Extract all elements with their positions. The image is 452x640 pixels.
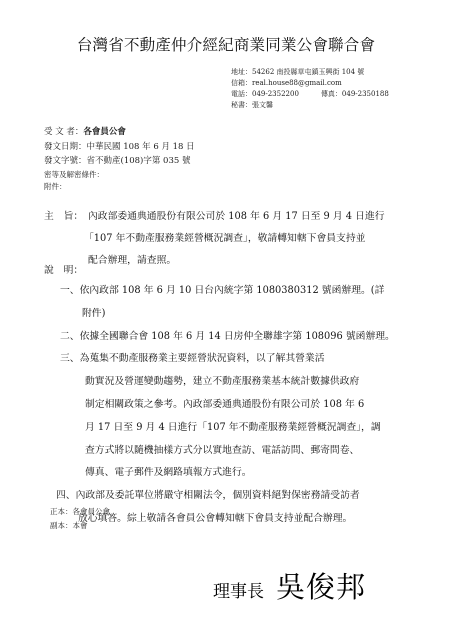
item-line: 一、依內政部 108 年 6 月 10 日台內統字第 1080380312 號函… <box>60 280 440 303</box>
contact-phone: 電話：049-2352200 <box>231 90 299 98</box>
item-line: 查方式將以隨機抽樣方式分以實地查訪、電話訪問、郵寄問卷、 <box>60 440 440 463</box>
recipient-value: 各會員公會 <box>83 127 126 137</box>
signature-block: 理事長吳俊邦 <box>213 565 366 606</box>
contact-phone-fax: 電話：049-2352200傳真：049-2350188 <box>231 89 389 100</box>
subject-line: 「107 年不動產服務業經營概況調查」，敬請轉知轄下會員支持並 <box>84 228 448 250</box>
attachment: 附件： <box>44 181 195 193</box>
explanation-item-1: 一、依內政部 108 年 6 月 10 日台內統字第 1080380312 號函… <box>60 280 440 326</box>
item-line: 制定相關政策之參考。內政部委通典通股份有限公司於 108 年 6 <box>60 394 440 417</box>
item-line: 月 17 日至 9 月 4 日進行「107 年不動產服務業經營概況調查」，調 <box>60 417 440 440</box>
contact-fax: 傳真：049-2350188 <box>321 90 389 98</box>
copy-recipient: 副本：本會 <box>50 519 110 533</box>
classification: 密等及解密條件： <box>44 169 195 181</box>
explanation-item-2: 二、依據全國聯合會 108 年 6 月 14 日房仲全聯雄字第 108096 號… <box>60 326 440 349</box>
subject-label: 主 旨： <box>44 206 88 228</box>
explanation-item-3: 三、為蒐集不動產服務業主要經營狀況資料，以了解其營業活 動實況及營運變動趨勢，建… <box>60 348 440 485</box>
contact-block: 地址：54262 南投縣草屯鎮玉興街 104 號 信箱：real.house88… <box>231 67 389 111</box>
subject-line: 配合辦理，請查照。 <box>88 250 448 272</box>
contact-address: 地址：54262 南投縣草屯鎮玉興街 104 號 <box>231 67 389 78</box>
original-recipient: 正本：各會員公會 <box>50 505 110 519</box>
signatory-name: 吳俊邦 <box>276 570 366 604</box>
contact-email: 信箱：real.house88@gmail.com <box>231 78 389 89</box>
explanation-item-4: 四、內政部及委託單位將嚴守相關法令，個別資料絕對保密務請受訪者 放心填答。綜上敬… <box>60 485 440 531</box>
item-line: 附件) <box>60 303 440 326</box>
copies-section: 正本：各會員公會 副本：本會 <box>50 505 110 533</box>
document-number: 發文字號：省不動產(108)字第 035 號 <box>44 154 195 169</box>
explanation-items: 一、依內政部 108 年 6 月 10 日台內統字第 1080380312 號函… <box>60 280 440 531</box>
item-line: 放心填答。綜上敬請各會員公會轉知轄下會員支持並配合辦理。 <box>60 508 440 531</box>
item-line: 三、為蒐集不動產服務業主要經營狀況資料，以了解其營業活 <box>60 348 440 371</box>
item-line: 傳真、電子郵件及網路填報方式進行。 <box>60 462 440 485</box>
item-line: 四、內政部及委託單位將嚴守相關法令，個別資料絕對保密務請受訪者 <box>56 485 440 508</box>
organization-title: 台灣省不動產仲介經紀商業同業公會聯合會 <box>0 33 452 55</box>
explanation-label: 說 明： <box>44 262 83 276</box>
contact-secretary: 秘書：張文馨 <box>231 100 389 111</box>
subject-line: 內政部委通典通股份有限公司於 108 年 6 月 17 日至 9 月 4 日進行 <box>88 206 448 228</box>
signatory-role: 理事長 <box>213 582 264 602</box>
recipient-row: 受 文 者：各會員公會 <box>44 125 195 140</box>
document-meta: 受 文 者：各會員公會 發文日期：中華民國 108 年 6 月 18 日 發文字… <box>44 125 195 193</box>
issue-date: 發文日期：中華民國 108 年 6 月 18 日 <box>44 140 195 155</box>
recipient-label: 受 文 者： <box>44 127 83 137</box>
item-line: 動實況及營運變動趨勢，建立不動產服務業基本統計數據供政府 <box>60 371 440 394</box>
subject-body: 內政部委通典通股份有限公司於 108 年 6 月 17 日至 9 月 4 日進行… <box>88 206 448 272</box>
item-line: 二、依據全國聯合會 108 年 6 月 14 日房仲全聯雄字第 108096 號… <box>60 326 440 349</box>
